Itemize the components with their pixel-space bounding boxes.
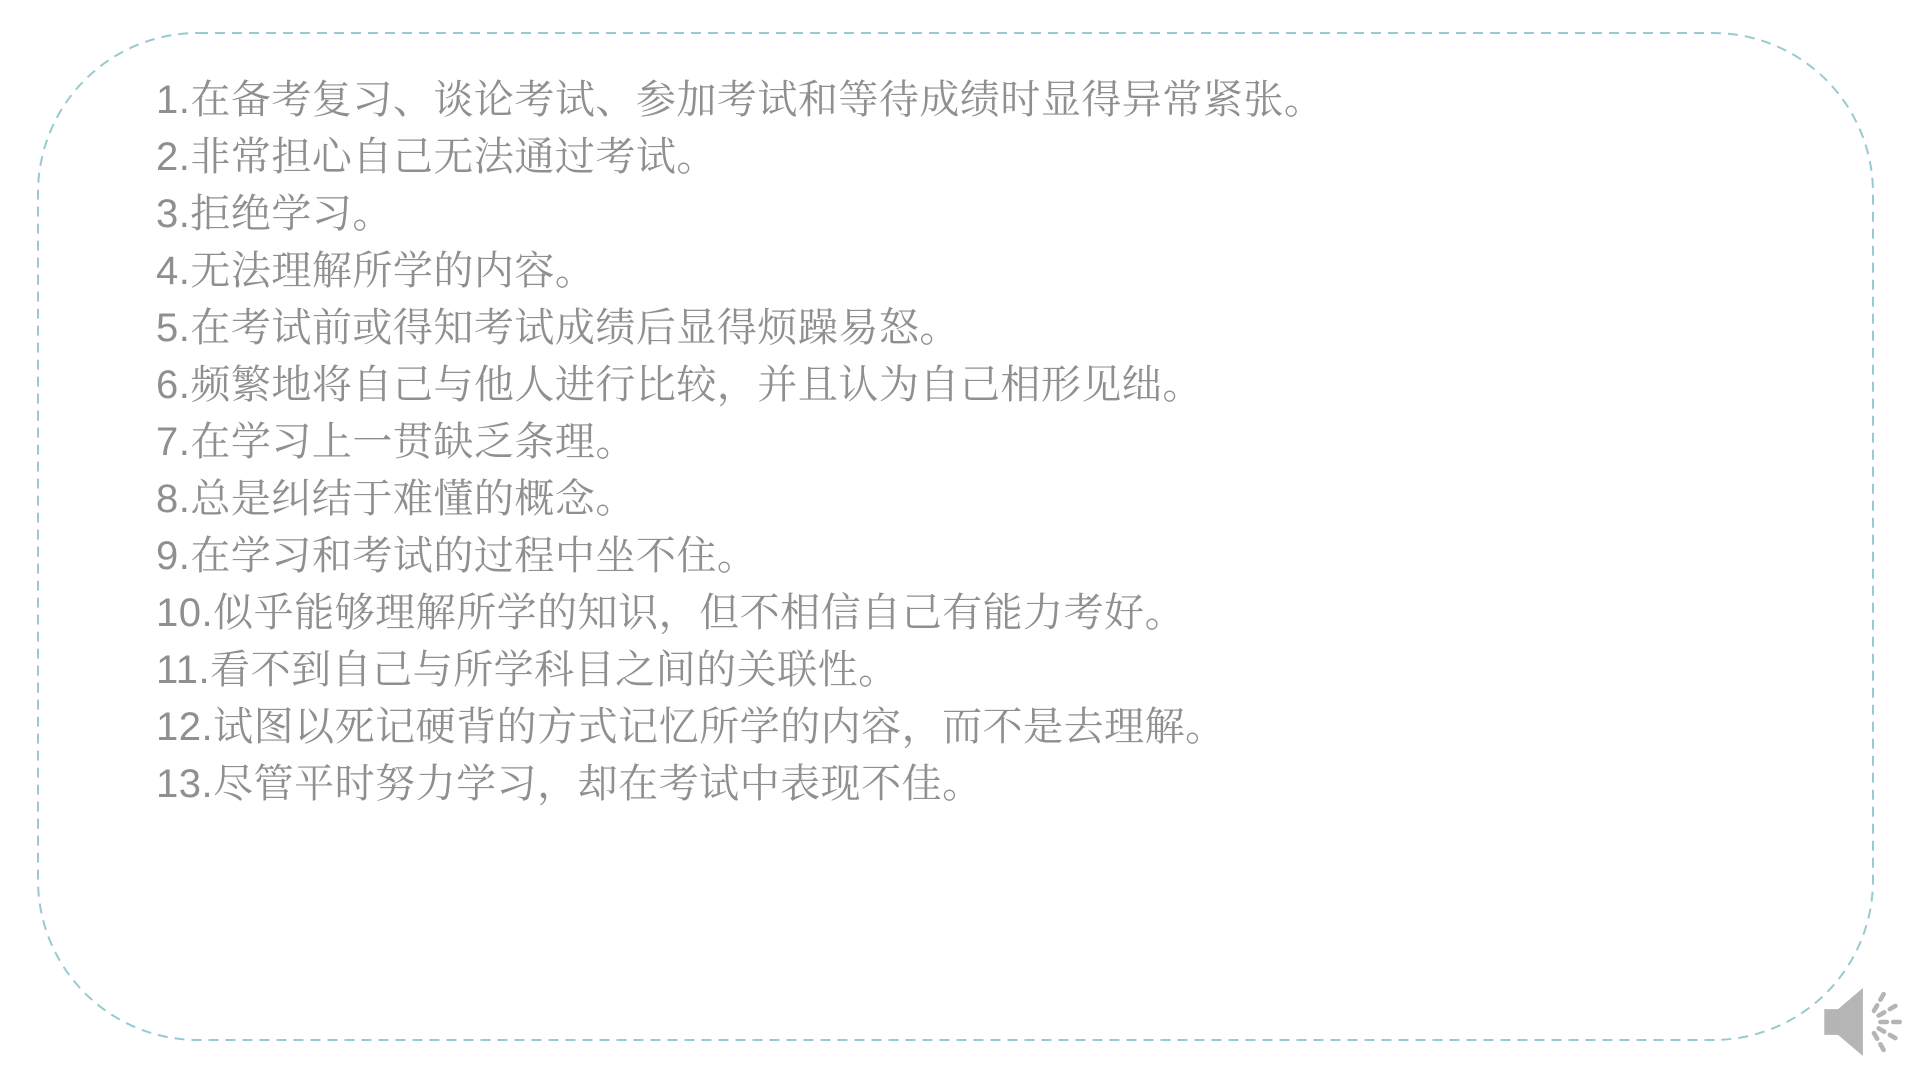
list-item: 4.无法理解所学的内容。 — [156, 243, 1324, 300]
list-item: 13.尽管平时努力学习，却在考试中表现不佳。 — [156, 756, 1324, 813]
speaker-sound-waves — [1874, 990, 1904, 1054]
list-item: 9.在学习和考试的过程中坐不住。 — [156, 528, 1324, 585]
slide-content: 1.在备考复习、谈论考试、参加考试和等待成绩时显得异常紧张。 2.非常担心自己无… — [156, 72, 1324, 813]
speaker-body — [1824, 988, 1863, 1056]
list-item: 10.似乎能够理解所学的知识，但不相信自己有能力考好。 — [156, 585, 1324, 642]
list-item: 6.频繁地将自己与他人进行比较，并且认为自己相形见绌。 — [156, 357, 1324, 414]
list-item: 7.在学习上一贯缺乏条理。 — [156, 414, 1324, 471]
list-item: 5.在考试前或得知考试成绩后显得烦躁易怒。 — [156, 300, 1324, 357]
list-item: 11.看不到自己与所学科目之间的关联性。 — [156, 642, 1324, 699]
list-item: 1.在备考复习、谈论考试、参加考试和等待成绩时显得异常紧张。 — [156, 72, 1324, 129]
speaker-icon[interactable] — [1816, 976, 1908, 1068]
list-item: 2.非常担心自己无法通过考试。 — [156, 129, 1324, 186]
list-item: 12.试图以死记硬背的方式记忆所学的内容，而不是去理解。 — [156, 699, 1324, 756]
list-item: 8.总是纠结于难懂的概念。 — [156, 471, 1324, 528]
list-item: 3.拒绝学习。 — [156, 186, 1324, 243]
